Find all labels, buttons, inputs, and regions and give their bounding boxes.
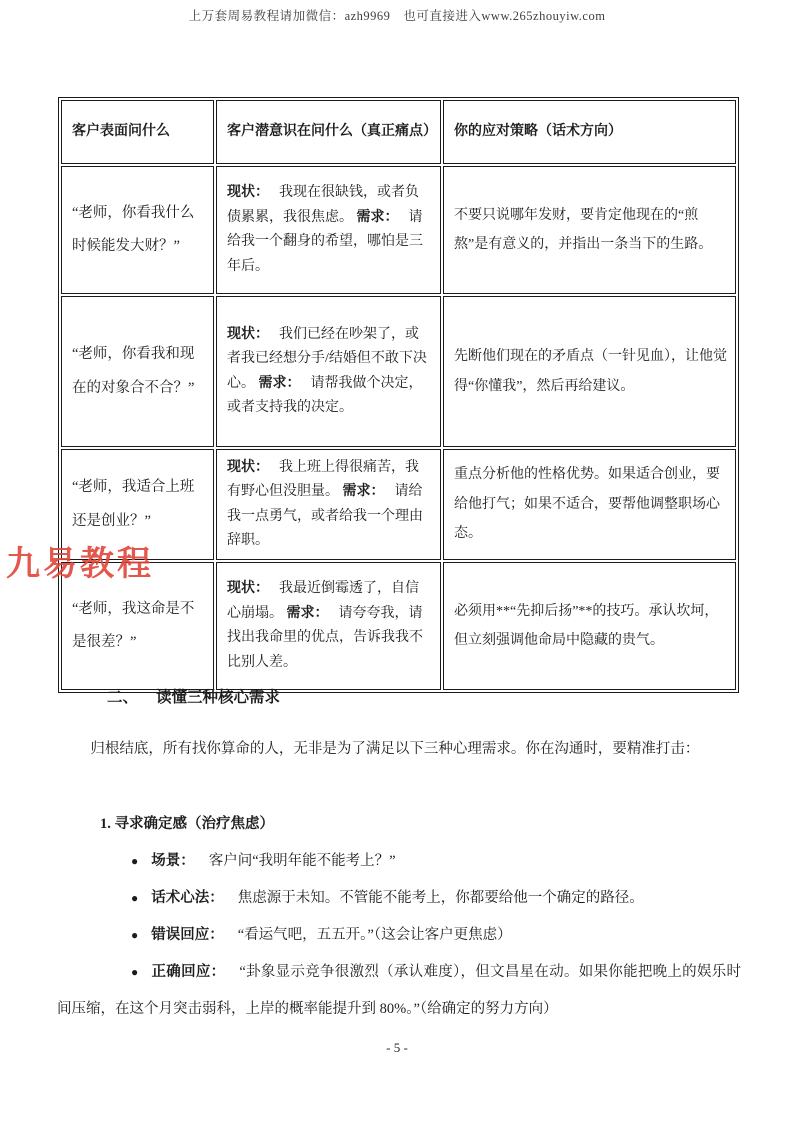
item-title: 寻求确定感（治疗焦虑） [115,816,275,832]
client-questions-table: 客户表面问什么 客户潜意识在问什么（真正痛点） 你的应对策略（话术方向） “老师… [58,97,739,693]
strategy-cell: 重点分析他的性格优势。如果适合创业，要给他打气；如果不适合，要帮他调整职场心态。 [443,449,736,560]
bullet-label: 场景： [151,853,195,869]
numbered-item: 1. 寻求确定感（治疗焦虑） [57,806,741,843]
need-label: 需求： [259,376,301,391]
strategy-cell: 先断他们现在的矛盾点（一针见血），让他觉得“你懂我”，然后再给建议。 [443,296,736,447]
status-label: 现状： [227,327,269,342]
strategy-cell: 必须用**“先抑后扬”**的技巧。承认坎坷，但立刻强调他命局中隐藏的贵气。 [443,562,736,690]
pain-cell: 现状：我现在很缺钱，或者负债累累，我很焦虑。 需求：请给我一个翻身的希望，哪怕是… [216,166,441,294]
bullet-icon: ● [131,854,138,868]
section-title: 读懂三种核心需求 [156,689,280,706]
needs-list: 1. 寻求确定感（治疗焦虑） ●场景：客户问“我明年能不能考上？” ●话术心法：… [57,806,741,1028]
bullet-label: 错误回应： [151,927,224,943]
pain-cell: 现状：我上班上得很痛苦，我有野心但没胆量。 需求：请给我一点勇气，或者给我一个理… [216,449,441,560]
status-label: 现状： [227,581,269,596]
bullet-icon: ● [131,965,139,979]
strategy-cell: 不要只说哪年发财，要肯定他现在的“煎熬”是有意义的，并指出一条当下的生路。 [443,166,736,294]
section-heading: 二、读懂三种核心需求 [107,685,280,707]
header-strategy: 你的应对策略（话术方向） [443,100,736,164]
need-label: 需求： [357,210,399,225]
page-number: - 5 - [0,1040,794,1056]
list-item: ●错误回应：“看运气吧，五五开。”（这会让客户更焦虑） [57,917,741,954]
pain-cell: 现状：我最近倒霉透了，自信心崩塌。 需求：请夸夸我，请找出我命里的优点，告诉我我… [216,562,441,690]
question-cell: “老师，你看我和现在的对象合不合？” [61,296,214,447]
status-label: 现状： [227,185,269,200]
list-item: ●场景：客户问“我明年能不能考上？” [57,843,741,880]
table-row: “老师，你看我什么时候能发大财？” 现状：我现在很缺钱，或者负债累累，我很焦虑。… [61,166,736,294]
table-row: “老师，我这命是不是很差？” 现状：我最近倒霉透了，自信心崩塌。 需求：请夸夸我… [61,562,736,690]
bullet-text: 客户问“我明年能不能考上？” [209,853,396,869]
question-cell: “老师，你看我什么时候能发大财？” [61,166,214,294]
need-text: 请帮我做个决定，或者支持我的决定。 [227,376,423,416]
item-number: 1. [100,816,111,832]
document-page: 上万套周易教程请加微信：azh9969 也可直接进入www.265zhouyiw… [0,0,794,1123]
bullet-label: 话术心法： [151,890,224,906]
table-row: “老师，你看我和现在的对象合不合？” 现状：我们已经在吵架了，或者我已经想分手/… [61,296,736,447]
section-number: 二、 [107,689,138,706]
status-label: 现状： [227,460,269,475]
list-item: ●正确回应：“卦象显示竞争很激烈（承认难度），但文昌星在动。如果你能把晚上的娱乐… [57,954,741,1028]
bullet-text: 焦虑源于未知。不管能不能考上，你都要给他一个确定的路径。 [238,890,644,906]
list-item: ●话术心法：焦虑源于未知。不管能不能考上，你都要给他一个确定的路径。 [57,880,741,917]
bullet-icon: ● [131,928,138,942]
bullet-icon: ● [131,891,138,905]
intro-paragraph: 归根结底，所有找你算命的人，无非是为了满足以下三种心理需求。你在沟通时，要精准打… [57,730,740,768]
red-watermark: 九易教程 [6,536,154,585]
header-surface-question: 客户表面问什么 [61,100,214,164]
promo-header: 上万套周易教程请加微信：azh9969 也可直接进入www.265zhouyiw… [0,6,794,24]
need-label: 需求： [343,484,385,499]
bullet-text: “看运气吧，五五开。”（这会让客户更焦虑） [238,927,512,943]
bullet-label: 正确回应： [152,964,226,980]
pain-cell: 现状：我们已经在吵架了，或者我已经想分手/结婚但不敢下决心。 需求：请帮我做个决… [216,296,441,447]
table-header-row: 客户表面问什么 客户潜意识在问什么（真正痛点） 你的应对策略（话术方向） [61,100,736,164]
table-row: “老师，我适合上班还是创业？” 现状：我上班上得很痛苦，我有野心但没胆量。 需求… [61,449,736,560]
header-subconscious-question: 客户潜意识在问什么（真正痛点） [216,100,441,164]
need-label: 需求： [287,606,329,621]
